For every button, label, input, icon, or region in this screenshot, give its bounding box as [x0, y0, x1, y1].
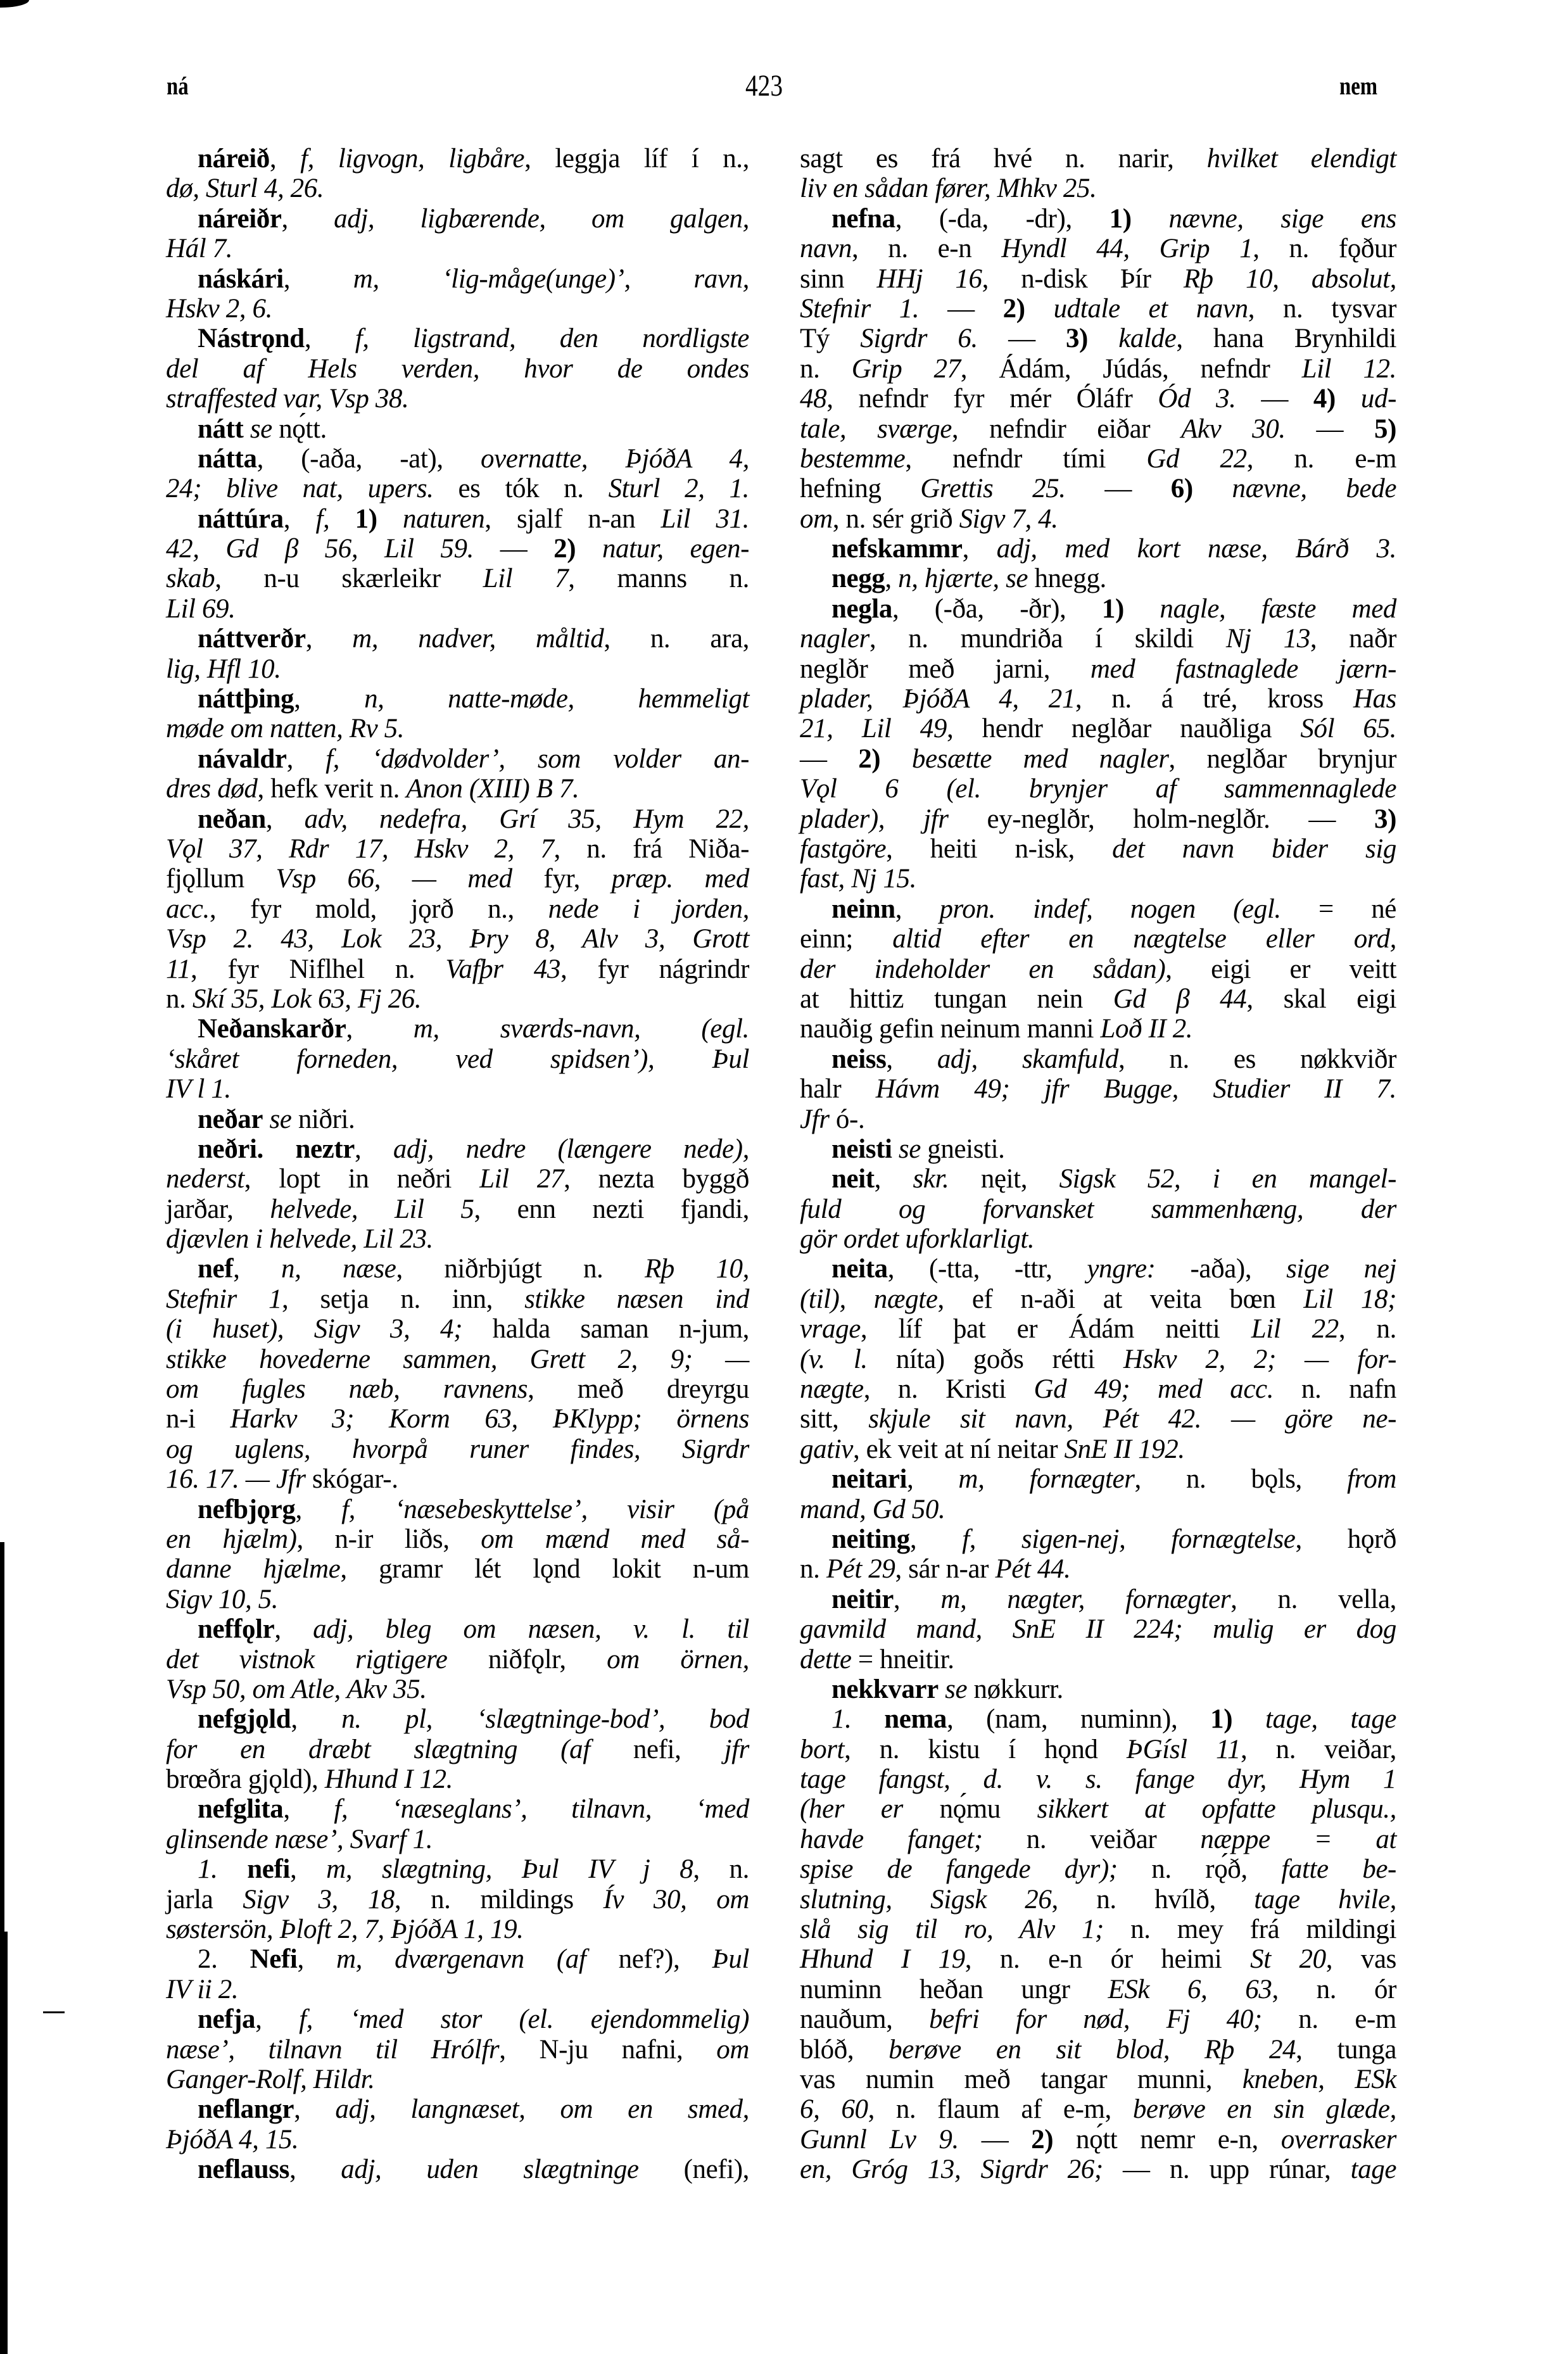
text: — — [1286, 414, 1374, 444]
text-line: brœðra gjǫld), Hhund I 12. — [166, 1764, 749, 1794]
text: skógar-. — [306, 1464, 398, 1494]
text-line: møde om natten, Rv 5. — [166, 714, 749, 744]
italic-text: jfr — [724, 1735, 749, 1764]
italic-text: Harkv 3; Korm 63, ÞKlypp; örnens — [231, 1404, 749, 1434]
text-line: djævlen i helvede, Lil 23. — [166, 1224, 749, 1254]
italic-text: om mænd med så- — [481, 1524, 749, 1554]
text: , lopt in neðri — [244, 1164, 479, 1194]
italic-text: Lil 7 — [483, 564, 569, 593]
italic-text: m, nadver, måltid — [352, 624, 604, 654]
italic-text: mand, Gd 50. — [800, 1495, 945, 1524]
scan-corner-shadow — [0, 0, 29, 8]
italic-text: udtale et navn — [1054, 294, 1248, 324]
italic-text: Gd 22 — [1146, 444, 1246, 474]
italic-text: plader, ÞjóðA 4, 21 — [800, 684, 1075, 714]
headword: 4) — [1313, 384, 1336, 414]
text: , leggja líf í n., — [524, 144, 749, 174]
text-line: liv en sådan fører, Mhkv 25. — [800, 174, 1396, 203]
text-line: negla, (-ða, -ðr), 1) nagle, fæste med — [800, 594, 1396, 624]
text: niðri. — [291, 1104, 355, 1134]
text-line: gavmild mand, SnE II 224; mulig er dog — [800, 1614, 1396, 1644]
headword: neflauss — [198, 2155, 289, 2184]
text-line: negg, n, hjærte, se hnegg. — [800, 564, 1396, 593]
italic-text: fastgöre — [800, 834, 886, 864]
italic-text: Skí 35, Lok 63, Fj 26. — [193, 984, 421, 1014]
text-line: tale, sværge, nefndir eiðar Akv 30. — 5) — [800, 414, 1396, 444]
text: , nefndr fyr mér Óláfr — [826, 384, 1158, 414]
italic-text: f, ligvogn, ligbåre — [300, 144, 524, 174]
text-line: bort, n. kistu í hǫnd ÞGísl 11, n. veiða… — [800, 1735, 1396, 1764]
text-line: næse’, tilnavn til Hrólfr, N-ju nafni, o… — [166, 2035, 749, 2065]
text: , n-u skærleikr — [215, 564, 483, 593]
italic-text: berøve en sin glæde, — [1133, 2094, 1396, 2124]
text-line: neita, (-tta, -ttr, yngre: -aða), sige n… — [800, 1254, 1396, 1284]
text-line: Jfr ó-. — [800, 1104, 1396, 1134]
text — [217, 1854, 247, 1884]
text-line: neiss, adj, skamfuld, n. es nøkkviðr — [800, 1044, 1396, 1074]
italic-text: f, — [315, 504, 355, 534]
text: , eigi er veitt — [1165, 954, 1396, 984]
italic-text: Grip 27 — [852, 354, 961, 384]
headword: nefna — [831, 204, 895, 234]
text: jarðar, — [166, 1194, 270, 1224]
text-line: sitt, skjule sit navn, Pét 42. — göre ne… — [800, 1404, 1396, 1434]
italic-text: sikkert at opfatte plusqu., — [1037, 1794, 1396, 1824]
italic-text: f, ‘dødvolder’, som volder an- — [326, 744, 749, 774]
italic-text: se — [269, 1104, 291, 1134]
text-line: og uglens, hvorpå runer findes, Sigrdr — [166, 1434, 749, 1464]
text-line: 6, 60, n. flaum af e-m, berøve en sin gl… — [800, 2094, 1396, 2124]
italic-text: tage, tage — [1265, 1704, 1396, 1734]
text-line: nederst, lopt in neðri Lil 27, nezta byg… — [166, 1164, 749, 1194]
text-line: nefna, (-da, -dr), 1) nævne, sige ens — [800, 204, 1396, 234]
text: , n. Kristi — [864, 1374, 1034, 1404]
italic-text: Akv 30. — [1181, 414, 1286, 444]
headword: 6) — [1171, 474, 1193, 503]
headword: neffǫlr — [198, 1614, 274, 1644]
text — [1193, 474, 1232, 503]
italic-text: det vistnok rigtigere — [166, 1645, 447, 1674]
italic-text: Jfr — [800, 1104, 830, 1134]
headword: neðri. neztr — [198, 1134, 355, 1164]
text-line: dette = hneitir. — [800, 1645, 1396, 1674]
text: n-i — [166, 1404, 231, 1434]
italic-text: f, ligstrand, den nordligste — [355, 324, 749, 353]
italic-text: berøve en sit blod, Rþ 24 — [888, 2035, 1296, 2065]
column-right: sagt es frá hvé n. narir, hvilket elendi… — [800, 144, 1396, 2185]
italic-text: Sigv 3, 18 — [243, 1885, 395, 1914]
italic-text: St 20 — [1250, 1944, 1326, 1974]
italic-text: altid efter en nægtelse eller ord, — [892, 924, 1396, 954]
headword: náttúra — [198, 504, 284, 534]
italic-text: nævne, bede — [1232, 474, 1397, 503]
italic-text: (v. l. — [800, 1345, 868, 1374]
text: einn; — [800, 924, 892, 954]
italic-text: om örnen, — [607, 1645, 749, 1674]
italic-text: Sigv 10, 5. — [166, 1585, 278, 1614]
headword: nefja — [198, 2004, 255, 2034]
italic-text: kalde — [1118, 324, 1176, 353]
text-line: mand, Gd 50. — [800, 1495, 1396, 1524]
italic-text: 24; blive nat, upers. — [166, 474, 434, 503]
text-line: numinn heðan ungr ESk 6, 63, n. ór — [800, 1975, 1396, 2004]
italic-text: adj, bleg om næsen, v. l. til — [313, 1614, 749, 1644]
text: at hittiz tungan nein — [800, 984, 1113, 1014]
text-line: Hhund I 19, n. e-n ór heimi St 20, vas — [800, 1944, 1396, 1974]
italic-text: Hávm 49; jfr Bugge, Studier II 7. — [876, 1074, 1396, 1104]
italic-text: plader), jfr — [800, 804, 949, 834]
text: , n. — [1339, 1314, 1396, 1344]
italic-text: ESk 6, 63 — [1108, 1975, 1272, 2004]
italic-text: dres død — [166, 774, 258, 804]
italic-text: Lil 22 — [1251, 1314, 1339, 1344]
italic-text: vrage — [800, 1314, 861, 1344]
italic-text: adj, uden slægtninge — [341, 2155, 638, 2184]
text: , n-disk Þír — [982, 264, 1184, 294]
text-line: straffested var, Vsp 38. — [166, 384, 749, 414]
text: , n. frá Niða- — [553, 834, 749, 864]
text: , — [894, 1585, 940, 1614]
text — [263, 1104, 269, 1134]
text: — n. upp rúnar, — [1103, 2155, 1351, 2184]
text-line: náttþing, n, natte-møde, hemmeligt — [166, 684, 749, 714]
text-line: om, n. sér grið Sigv 7, 4. — [800, 504, 1396, 534]
text-line: neinn, pron. indef, nogen (egl. = né — [800, 894, 1396, 924]
text-line: nátta, (-aða, -at), overnatte, ÞjóðA 4, — [166, 444, 749, 474]
text: , — [233, 1254, 281, 1284]
text: — — [800, 744, 858, 774]
text-line: navn, n. e-n Hyndl 44, Grip 1, n. fǫður — [800, 234, 1396, 263]
text-line: nefja, f, ‘med stor (el. ejendommelig) — [166, 2004, 749, 2034]
text-line: neglðr með jarni, med fastnaglede jærn- — [800, 654, 1396, 684]
italic-text: Lil 31. — [661, 504, 749, 534]
italic-text: n, natte-møde, hemmeligt — [364, 684, 749, 714]
headword: 2) — [858, 744, 880, 774]
text-line: fjǫllum Vsp 66, — med fyr, præp. med — [166, 864, 749, 894]
text-line: der indeholder en sådan), eigi er veitt — [800, 954, 1396, 984]
italic-text: 48 — [800, 384, 826, 414]
text: , — [290, 1854, 326, 1884]
italic-text: næppe = at — [1200, 1825, 1396, 1854]
italic-text: IV ii 2. — [166, 1975, 238, 2004]
text: nauðig gefin neinum manni — [800, 1014, 1100, 1044]
text: , — [294, 684, 364, 714]
italic-text: besætte med nagler — [912, 744, 1169, 774]
italic-text: stikke hovederne sammen, Grett 2, 9; — — [166, 1345, 749, 1374]
text-line: (v. l. níta) goðs rétti Hskv 2, 2; — for… — [800, 1345, 1396, 1374]
italic-text: del af Hels verden, hvor de ondes — [166, 354, 749, 384]
italic-text: Ív 30, om — [603, 1885, 749, 1914]
italic-text: Vafþr 43 — [445, 954, 560, 984]
italic-text: slutning, Sigsk 26 — [800, 1885, 1052, 1914]
italic-text: straffested var, Vsp 38. — [166, 384, 408, 414]
italic-text: skr. — [913, 1164, 949, 1194]
text: = né — [1281, 894, 1396, 924]
headword: 2) — [553, 534, 576, 564]
text: n. — [166, 984, 193, 1014]
italic-text: adj, langnæset, om en smed, — [335, 2094, 749, 2124]
italic-text: Rþ 10, — [645, 1254, 749, 1284]
text — [377, 504, 403, 534]
headword: nefskammr — [831, 534, 963, 564]
text-line: halr Hávm 49; jfr Bugge, Studier II 7. — [800, 1074, 1396, 1104]
italic-text: Lil 27 — [479, 1164, 564, 1194]
headword: Nefi — [250, 1944, 298, 1974]
text-line: slutning, Sigsk 26, n. hvílð, tage hvile… — [800, 1885, 1396, 1914]
text: sitt, — [800, 1404, 868, 1434]
italic-text: (til), nægte — [800, 1284, 938, 1314]
text-line: plader), jfr ey-neglðr, holm-neglðr. — 3… — [800, 804, 1396, 834]
italic-text: Lil 12. — [1302, 354, 1396, 384]
text-line: neiting, f, sigen-nej, fornægtelse, hǫrð — [800, 1524, 1396, 1554]
text-line: (til), nægte, ef n-aði at veita bœn Lil … — [800, 1284, 1396, 1314]
italic-text: Hskv 2, 6. — [166, 294, 272, 324]
text: , n. flaum af e-m, — [868, 2094, 1133, 2124]
headword: nefglita — [198, 1794, 283, 1824]
italic-text: Stefnir 1. — [800, 294, 919, 324]
text: , n. es nøkkviðr — [1118, 1044, 1396, 1074]
running-head-right: nem — [1339, 71, 1377, 101]
text: nef?), — [586, 1944, 712, 1974]
italic-text: Hyndl 44, Grip 1 — [1001, 234, 1253, 263]
text: , með dreyrgu — [528, 1374, 749, 1404]
headword: náreið — [198, 144, 270, 174]
text: , Ádám, Júdás, nefndr — [961, 354, 1302, 384]
text: nefi, — [590, 1735, 724, 1764]
text: numinn heðan ungr — [800, 1975, 1108, 2004]
italic-text: overrasker — [1281, 2125, 1396, 2155]
text — [1132, 204, 1169, 234]
text: , — [287, 744, 326, 774]
headword: nekkvarr — [831, 1674, 939, 1704]
italic-text: dø, Sturl 4, 26. — [166, 174, 324, 203]
text: , (nam, numinn), — [947, 1704, 1210, 1734]
text-line: en hjælm), n-ir liðs, om mænd med så- — [166, 1524, 749, 1554]
headword: náttþing — [198, 684, 294, 714]
italic-text: se — [945, 1674, 967, 1704]
column-left: náreið, f, ligvogn, ligbåre, leggja líf … — [166, 144, 749, 2185]
text-line: IV ii 2. — [166, 1975, 749, 2004]
text: , n. ara, — [604, 624, 749, 654]
text-line: gativ, ek veit at ní neitar SnE II 192. — [800, 1434, 1396, 1464]
text: , n-ir liðs, — [297, 1524, 481, 1554]
text: , — [270, 144, 300, 174]
italic-text: gavmild mand, SnE II 224; mulig er dog — [800, 1614, 1396, 1644]
italic-text: f, ‘med stor (el. ejendommelig) — [299, 2004, 749, 2034]
italic-text: 1. — [831, 1704, 851, 1734]
text: , — [885, 564, 898, 593]
text: , (-ða, -ðr), — [892, 594, 1102, 624]
italic-text: yngre: — [1087, 1254, 1155, 1284]
text-line: nauðum, befri for nød, Fj 40; n. e-m — [800, 2004, 1396, 2034]
text: , n. ór — [1272, 1975, 1396, 2004]
text: vas numin með tangar munni, — [800, 2065, 1242, 2094]
text-line: neisti se gneisti. — [800, 1134, 1396, 1164]
text: — — [474, 534, 553, 564]
text: , — [355, 1134, 393, 1164]
text-line: neitir, m, nægter, fornægter, n. vella, — [800, 1585, 1396, 1614]
text: , — [305, 324, 355, 353]
text-line: IV l 1. — [166, 1074, 749, 1104]
italic-text: Vsp 66, — med — [276, 864, 512, 894]
italic-text: gör ordet uforklarligt. — [800, 1224, 1034, 1254]
headword: neitari — [831, 1464, 907, 1494]
text: 2. — [198, 1944, 250, 1974]
text — [576, 534, 602, 564]
text: , neglðar brynjur — [1169, 744, 1396, 774]
text: , — [266, 804, 305, 834]
italic-text: Gd β 44 — [1113, 984, 1247, 1014]
text-line: náskári, m, ‘lig-måge(unge)’, ravn, — [166, 264, 749, 294]
text-line: n. Skí 35, Lok 63, Fj 26. — [166, 984, 749, 1014]
text: ó-. — [830, 1104, 865, 1134]
text: nøkkurr. — [967, 1674, 1063, 1704]
italic-text: helvede, Lil 5 — [270, 1194, 474, 1224]
italic-text: lig, Hfl 10. — [166, 654, 281, 684]
italic-text: 6, 60 — [800, 2094, 868, 2124]
text-line: nefglita, f, ‘næseglans’, tilnavn, ‘med — [166, 1794, 749, 1824]
italic-text: med fastnaglede jærn- — [1091, 654, 1396, 684]
text — [1232, 1704, 1265, 1734]
text: blóð, — [800, 2035, 888, 2065]
text-line: náreiðr, adj, ligbærende, om galgen, — [166, 204, 749, 234]
text-line: Stefnir 1, setja n. inn, stikke næsen in… — [166, 1284, 749, 1314]
text-line: jarðar, helvede, Lil 5, enn nezti fjandi… — [166, 1194, 749, 1224]
italic-text: 11 — [166, 954, 191, 984]
headword: 2) — [1031, 2125, 1053, 2155]
headword: neit — [831, 1164, 875, 1194]
text-line: fuld og forvansket sammenhæng, der — [800, 1194, 1396, 1224]
text-line: Hskv 2, 6. — [166, 294, 749, 324]
text: n. mey frá mildingi — [1104, 1914, 1396, 1944]
italic-text: bort — [800, 1735, 844, 1764]
text: , — [297, 1944, 336, 1974]
headword: negg — [831, 564, 885, 593]
text-line: danne hjælme, gramr lét lǫnd lokit n-um — [166, 1554, 749, 1584]
italic-text: søstersön, Þloft 2, 7, ÞjóðA 1, 19. — [166, 1914, 524, 1944]
text — [1336, 384, 1361, 414]
italic-text: Vsp 2. 43, Lok 23, Þry 8, Alv 3, Grott — [166, 924, 749, 954]
italic-text: sige nej — [1286, 1254, 1396, 1284]
text: n. veiðar — [983, 1825, 1201, 1854]
text-line: vrage, líf þat er Ádám neitti Lil 22, n. — [800, 1314, 1396, 1344]
italic-text: n, næse — [281, 1254, 396, 1284]
text-line: spise de fangede dyr); n. rǫ́ð, fatte be… — [800, 1854, 1396, 1884]
text: fyr, — [512, 864, 612, 894]
italic-text: tage hvile, — [1254, 1885, 1396, 1914]
italic-text: stikke næsen ind — [524, 1284, 749, 1314]
text-line: skab, n-u skærleikr Lil 7, manns n. — [166, 564, 749, 593]
text-line: del af Hels verden, hvor de ondes — [166, 354, 749, 384]
italic-text: slå sig til ro, Alv 1; — [800, 1914, 1104, 1944]
text-line: Vǫl 37, Rdr 17, Hskv 2, 7, n. frá Niða- — [166, 834, 749, 864]
italic-text: spise de fangede dyr); — [800, 1854, 1118, 1884]
italic-text: Sól 65. — [1300, 714, 1396, 744]
scan-edge-shadow-lower — [0, 1932, 8, 2354]
text: , — [294, 2094, 335, 2124]
text: , nefndr tími — [905, 444, 1146, 474]
italic-text: 16. 17. — Jfr — [166, 1464, 306, 1494]
italic-text: fast, Nj 15. — [800, 864, 916, 894]
text: -aða), — [1156, 1254, 1286, 1284]
italic-text: Sigrdr 6. — [860, 324, 978, 353]
italic-text: adv, nedefra, Grí 35, Hym 22, — [305, 804, 749, 834]
text-line: hefning Grettis 25. — 6) nævne, bede — [800, 474, 1396, 503]
text: , n. hvílð, — [1052, 1885, 1255, 1914]
italic-text: Grettis 25. — [920, 474, 1065, 503]
italic-text: nagle, fæste med — [1160, 594, 1396, 624]
headword: návaldr — [198, 744, 287, 774]
headword: Nástrǫnd — [198, 324, 305, 353]
text-line: bestemme, nefndr tími Gd 22, n. e-m — [800, 444, 1396, 474]
headword: náttverðr — [198, 624, 306, 654]
italic-text: kneben, ESk — [1242, 2065, 1396, 2094]
text: , n. á tré, kross — [1075, 684, 1353, 714]
italic-text: tage fangst, d. v. s. fange dyr, Hym 1 — [800, 1764, 1396, 1794]
italic-text: adj, med kort næse, Bárð 3. — [997, 534, 1396, 564]
italic-text: om — [800, 504, 833, 534]
text-line: om fugles næb, ravnens, með dreyrgu — [166, 1374, 749, 1404]
headword: neinn — [831, 894, 895, 924]
text-line: fastgöre, heiti n-isk, det navn bider si… — [800, 834, 1396, 864]
headword: neiting — [831, 1524, 910, 1554]
text: , fyr nágrindr — [560, 954, 749, 984]
italic-text: Sigsk 52, i en mangel- — [1059, 1164, 1397, 1194]
italic-text: (her er — [800, 1794, 903, 1824]
text: , n. e-n ór heimi — [965, 1944, 1250, 1974]
text-line: návaldr, f, ‘dødvolder’, som volder an- — [166, 744, 749, 774]
italic-text: for en dræbt slægtning (af — [166, 1735, 590, 1764]
text: , N-ju nafni, — [499, 2035, 716, 2065]
text: — — [978, 324, 1066, 353]
text-line: náreið, f, ligvogn, ligbåre, leggja líf … — [166, 144, 749, 174]
italic-text: næse’, tilnavn til Hrólfr — [166, 2035, 499, 2065]
text: (nefi), — [639, 2155, 749, 2184]
text-line: 42, Gd β 56, Lil 59. — 2) natur, egen- — [166, 534, 749, 564]
running-head-left: ná — [167, 71, 189, 101]
text: , n. mundriða í skildi — [869, 624, 1226, 654]
text: nǫ́tt nemr e-n, — [1053, 2125, 1281, 2155]
text: sagt es frá hvé n. narir, — [800, 144, 1207, 174]
text: , — [289, 2155, 341, 2184]
text: , — [306, 624, 352, 654]
text-line: Tý Sigrdr 6. — 3) kalde, hana Brynhildi — [800, 324, 1396, 353]
italic-text: Ód 3. — [1158, 384, 1236, 414]
text: n. rǫ́ð, — [1118, 1854, 1282, 1884]
text-line: stikke hovederne sammen, Grett 2, 9; — — [166, 1345, 749, 1374]
text-line: neðar se niðri. — [166, 1104, 749, 1134]
text: hnegg. — [1028, 564, 1106, 593]
text: nǫ́tt. — [272, 414, 327, 444]
italic-text: Pét 29 — [826, 1554, 895, 1584]
italic-text: Vǫl 6 (el. brynjer af sammennaglede — [800, 774, 1396, 804]
text: , — [875, 1164, 913, 1194]
italic-text: Hhund I 19 — [800, 1944, 965, 1974]
text-line: neffǫlr, adj, bleg om næsen, v. l. til — [166, 1614, 749, 1644]
italic-text: hvilket elendigt — [1207, 144, 1396, 174]
text-line: 11, fyr Niflhel n. Vafþr 43, fyr nágrind… — [166, 954, 749, 984]
text-line: lig, Hfl 10. — [166, 654, 749, 684]
text: , n. vella, — [1230, 1585, 1396, 1614]
text: halr — [800, 1074, 876, 1104]
text: sinn — [800, 264, 876, 294]
text: , — [282, 204, 334, 234]
text-line: 21, Lil 49, hendr neglðar nauðliga Sól 6… — [800, 714, 1396, 744]
text: , n. tysvar — [1248, 294, 1396, 324]
italic-text: djævlen i helvede, Lil 23. — [166, 1224, 433, 1254]
italic-text: Rþ 10, absolut, — [1184, 264, 1396, 294]
italic-text: tale, sværge — [800, 414, 952, 444]
